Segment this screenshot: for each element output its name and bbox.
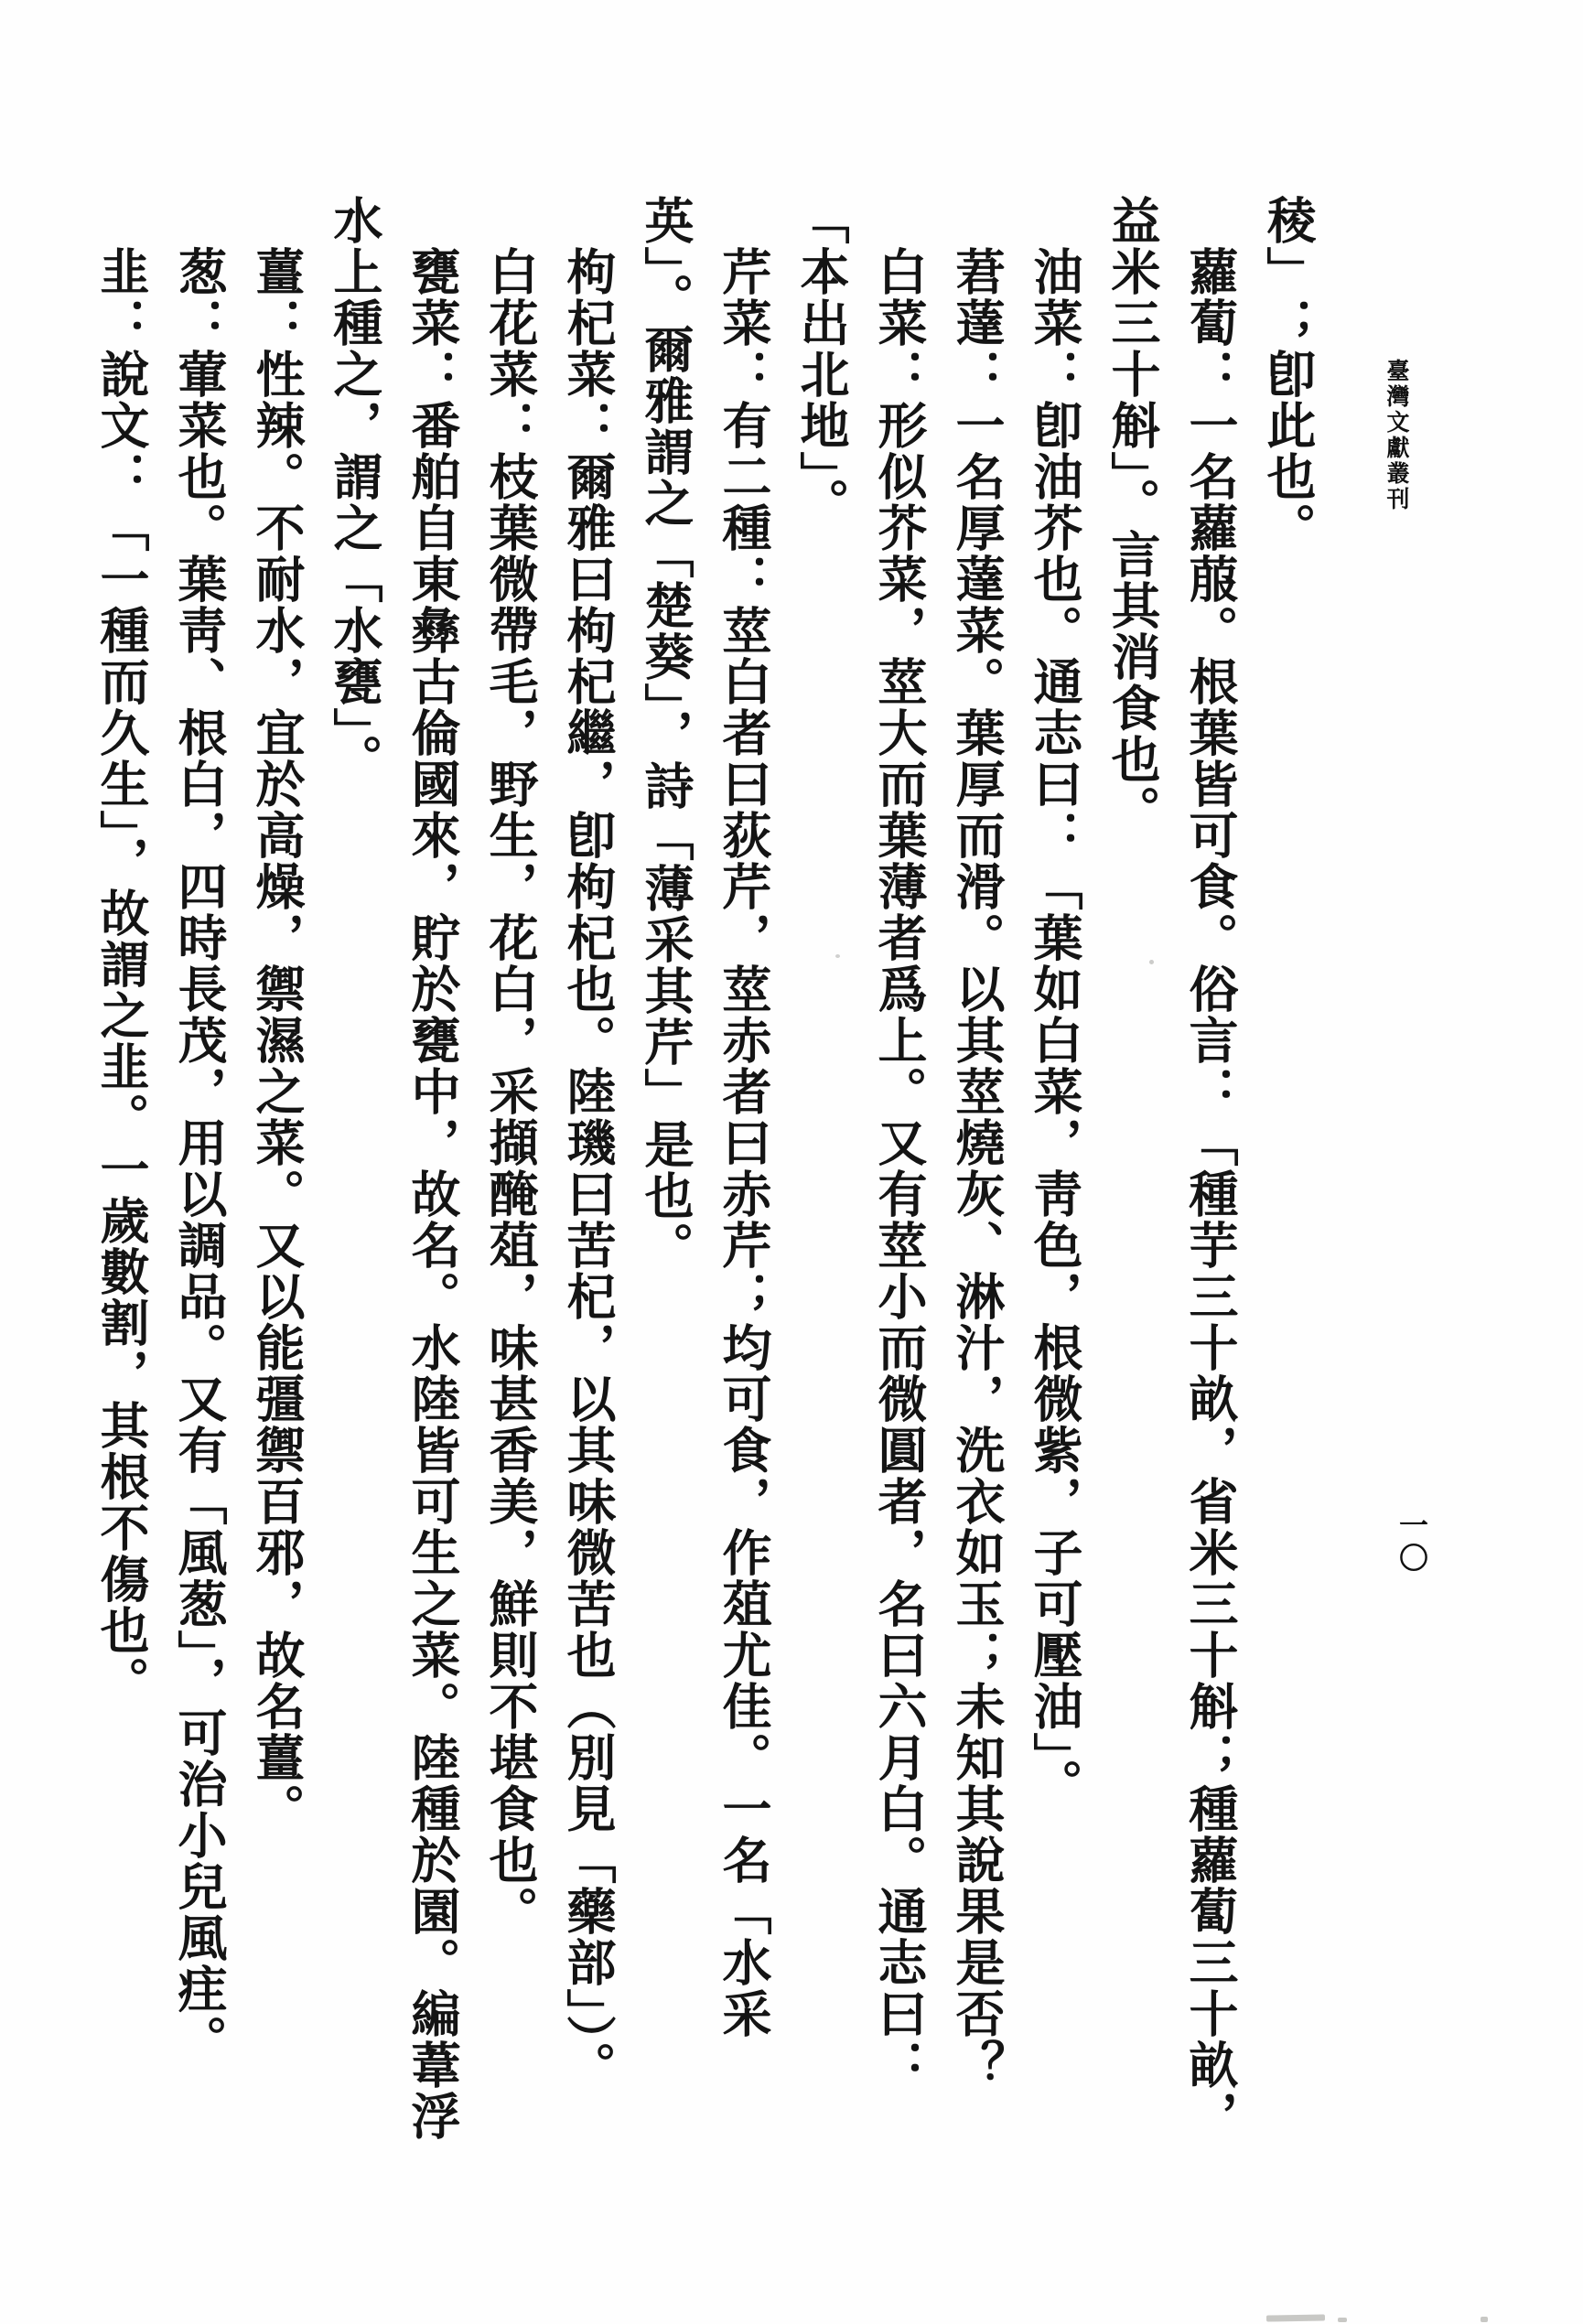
page-number: 一〇: [1391, 1510, 1433, 1576]
series-running-title: 臺灣文獻叢刊: [1380, 359, 1413, 512]
entry-chard: 莙薘：一名厚薘菜。葉厚而滑。以其莖燒灰、淋汁，洗衣如玉；未知其說果是否？: [938, 195, 1016, 2162]
entry-radish: 蘿蔔：一名蘿菔。根葉皆可食。俗言：「種芋三十畝，省米三十斛；種蘿蔔三十畝，益米三…: [1093, 195, 1249, 2162]
entry-white-flower-vegetable: 白花菜：枝葉微帶毛，野生，花白，采擷醃葅，味甚香美，鮮則不堪食也。: [471, 195, 549, 2162]
scan-artifact: [1481, 2317, 1488, 2322]
entry-chive: 韭：說文：「一種而久生」，故謂之韭。一歲數割，其根不傷也。: [82, 195, 160, 2162]
entry-goji-greens: 枸杞菜：爾雅曰枸杞繼，卽枸杞也。陸璣曰苦杞，以其味微苦也（別見「藥部」）。: [549, 195, 627, 2162]
entry-previous-page-continuation: 稜」；卽此也。: [1249, 195, 1327, 2162]
vertical-text-block: 稜」；卽此也。 蘿蔔：一名蘿菔。根葉皆可食。俗言：「種芋三十畝，省米三十斛；種蘿…: [82, 195, 1327, 2162]
entry-rapeseed: 油菜：卽油芥也。通志曰：「葉如白菜，靑色，根微紫，子可壓油」。: [1016, 195, 1093, 2162]
scan-artifact: [835, 954, 840, 958]
entry-ginger: 薑：性辣。不耐水，宜於高燥，禦濕之菜。又以能彊禦百邪，故名薑。: [238, 195, 316, 2162]
entry-scallion: 葱：葷菜也。葉靑、根白，四時長茂，用以調品。又有「風葱」，可治小兒風疰。: [160, 195, 238, 2162]
scan-artifact: [1338, 2318, 1347, 2322]
scanned-book-page: 稜」；卽此也。 蘿蔔：一名蘿菔。根葉皆可食。俗言：「種芋三十畝，省米三十斛；種蘿…: [0, 0, 1583, 2324]
scan-artifact: [1149, 960, 1154, 964]
entry-water-spinach: 甕菜：番舶自東彝古倫國來，貯於甕中，故名。水陸皆可生之菜。陸種於園。編葦浮水上種…: [316, 195, 471, 2162]
entry-bok-choy: 白菜：形似芥菜，莖大而葉薄者爲上。又有莖小而微圓者，名曰六月白。通志曰：「本出北…: [782, 195, 938, 2162]
scan-artifact: [1266, 2314, 1325, 2321]
entry-celery: 芹菜：有二種：莖白者曰荻芹，莖赤者曰赤芹；均可食，作葅尤佳。一名「水采英」。爾雅…: [627, 195, 782, 2162]
